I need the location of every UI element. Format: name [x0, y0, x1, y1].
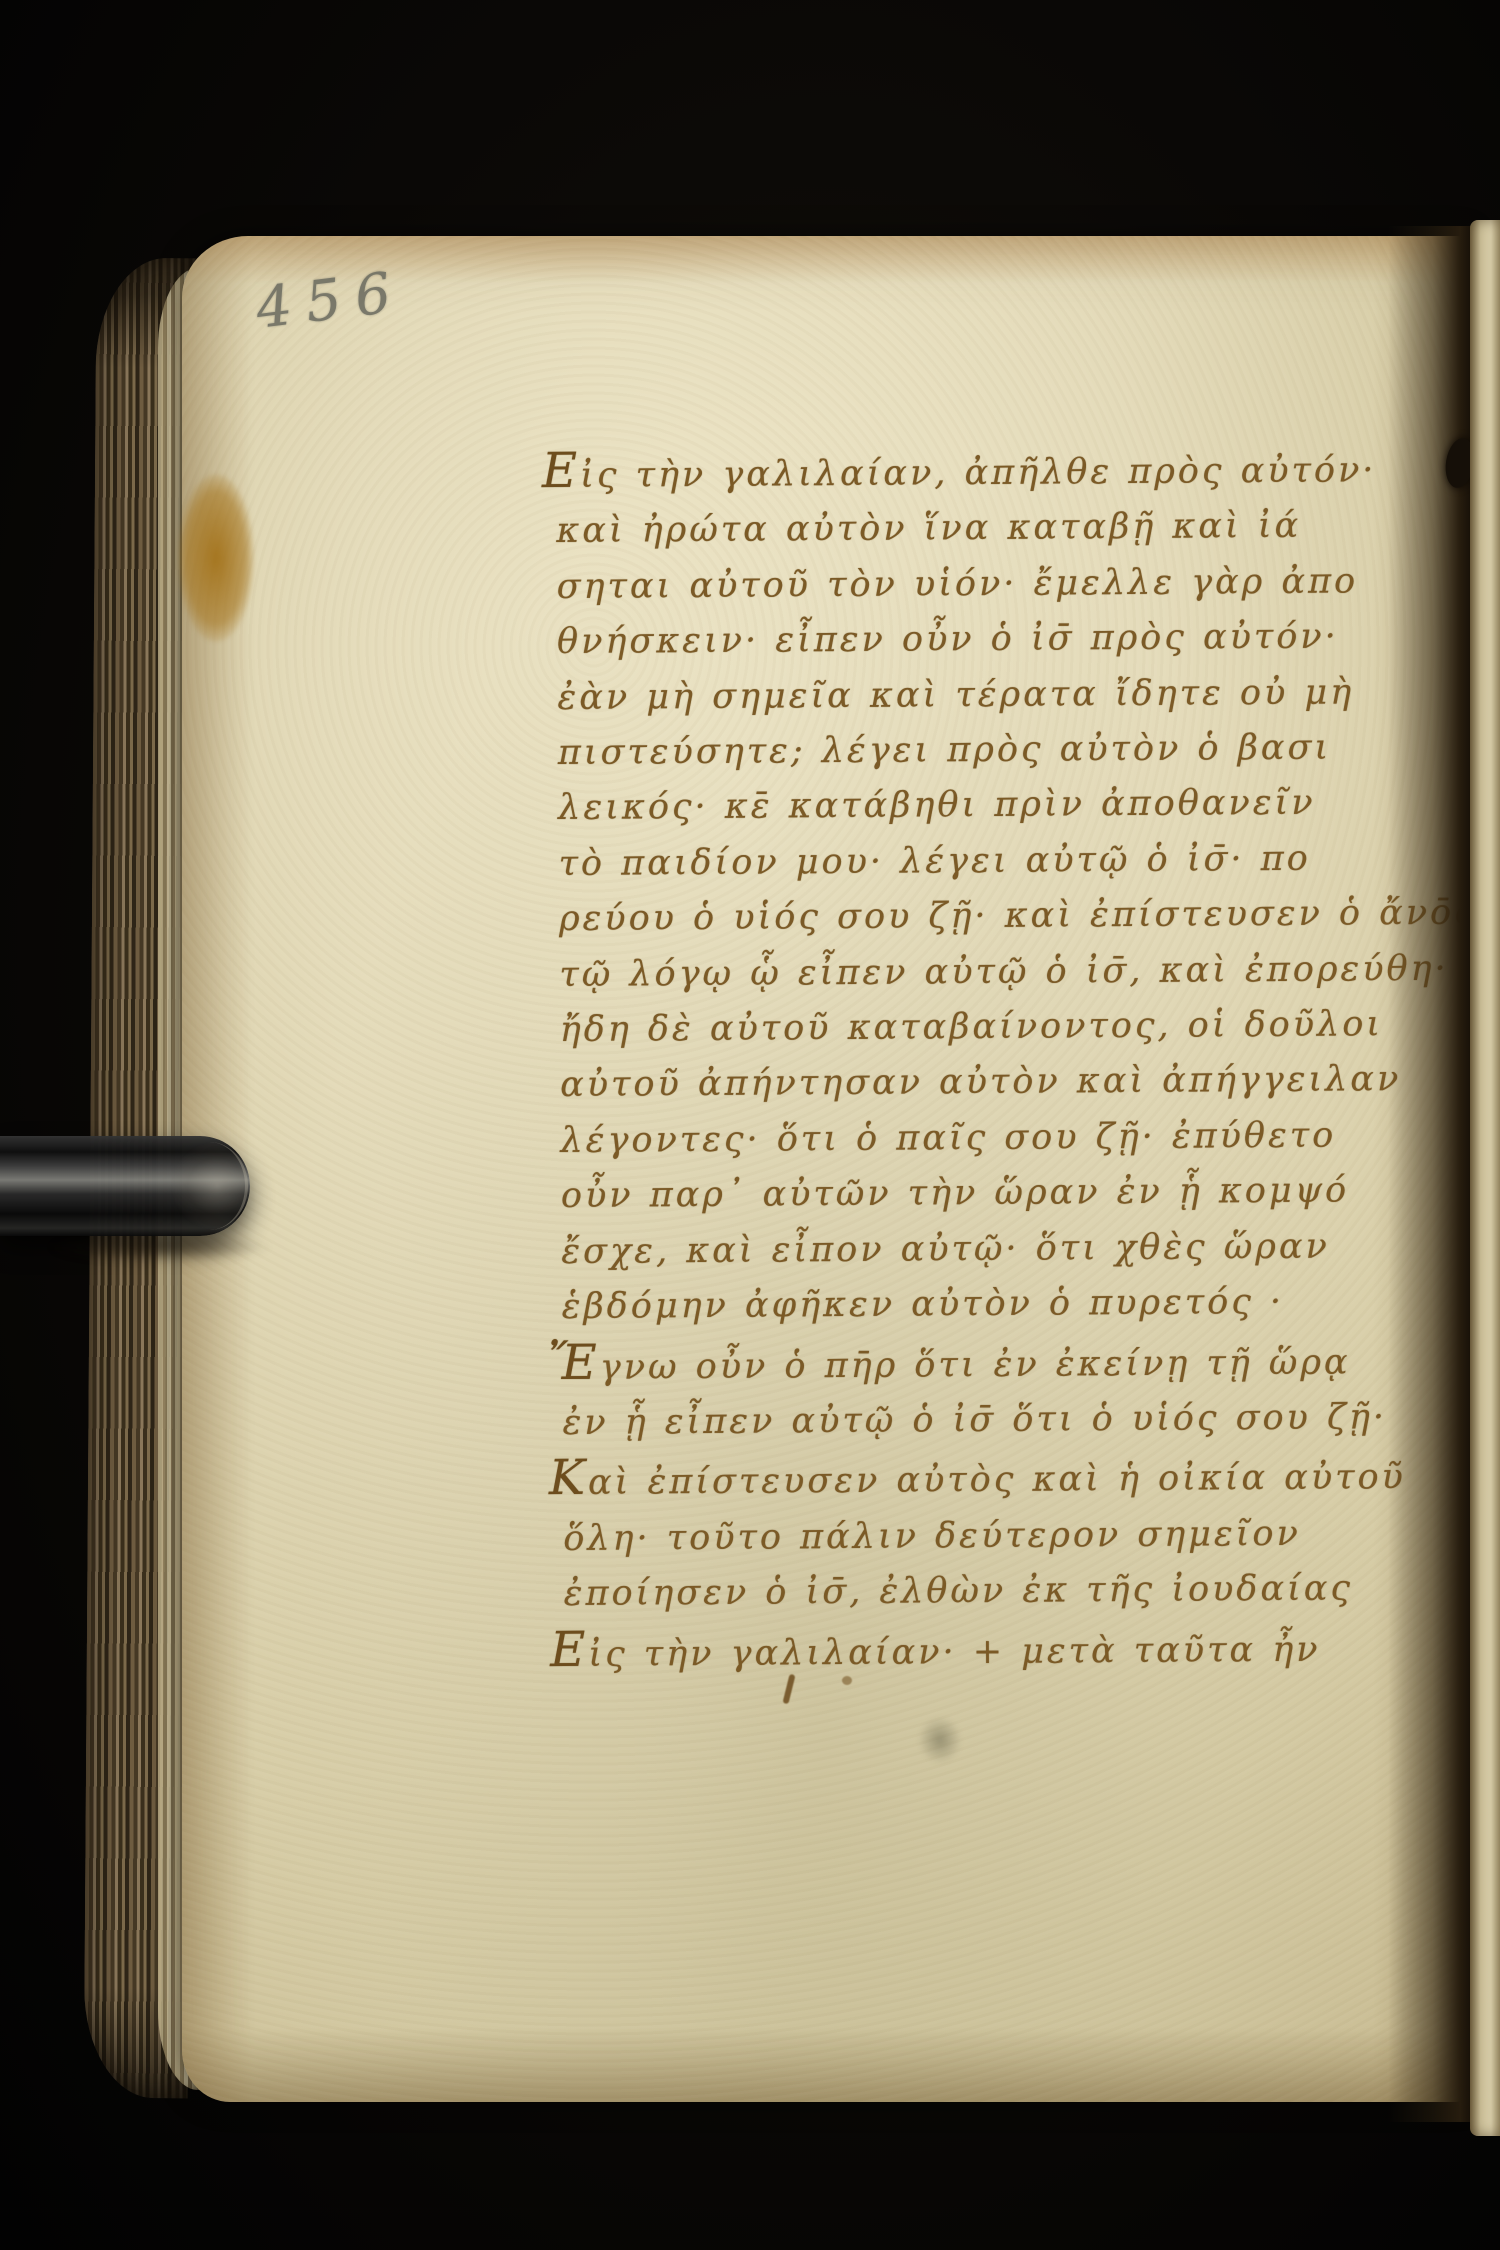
text-line: ἐποίησεν ὁ ἰσ̄, ἐλθὼν ἐκ τῆς ἰουδαίας	[564, 1561, 1424, 1622]
text-line: Ἔγνω οὖν ὁ πη̄ρ ὅτι ἐν ἐκείνῃ τῇ ὥρᾳ	[548, 1329, 1422, 1396]
text-line: αὐτοῦ ἀπήντησαν αὐτὸν καὶ ἀπήγγειλαν	[560, 1052, 1420, 1113]
manuscript-photograph: 456 Εἰς τὴν γαλιλαίαν, ἀπῆλθε πρὸς αὐτόν…	[0, 0, 1500, 2250]
text-line: ἐὰν μὴ σημεῖα καὶ τέρατα ἴδητε οὐ μὴ	[557, 665, 1417, 726]
text-line: ὅλη· τοῦτο πάλιν δεύτερον σημεῖον	[563, 1506, 1423, 1567]
smudge-mark	[918, 1716, 962, 1764]
text-line: θνήσκειν· εἶπεν οὖν ὁ ἰσ̄ πρὸς αὐτόν·	[557, 609, 1417, 670]
text-line: Εἰς τὴν γαλιλαίαν· + μετὰ ταῦτα ἦν	[550, 1617, 1424, 1684]
text-line: καὶ ἠρώτα αὐτὸν ἵνα καταβῇ καὶ ἰά	[556, 498, 1416, 559]
text-line: ρεύου ὁ υἱός σου ζῇ· καὶ ἐπίστευσεν ὁ ἄν…	[559, 886, 1419, 947]
manuscript-text-block: Εἰς τὴν γαλιλαίαν, ἀπῆλθε πρὸς αὐτόν·καὶ…	[556, 438, 1425, 1683]
text-line: ἤδη δὲ αὐτοῦ καταβαίνοντος, οἱ δοῦλοι	[560, 997, 1420, 1058]
text-line: λεικός· κε̄ κατάβηθι πρὶν ἀποθανεῖν	[558, 775, 1418, 836]
text-line: τὸ παιδίον μου· λέγει αὐτῷ ὁ ἰσ̄· πο	[558, 831, 1418, 892]
text-line: τῷ λόγῳ ᾧ εἶπεν αὐτῷ ὁ ἰσ̄, καὶ ἐπορεύθη…	[559, 942, 1419, 1003]
text-line: λέγοντες· ὅτι ὁ παῖς σου ζῇ· ἐπύθετο	[560, 1108, 1420, 1169]
text-line: πιστεύσητε; λέγει πρὸς αὐτὸν ὁ βασι	[558, 720, 1418, 781]
text-line: ἑβδόμην ἀφῆκεν αὐτὸν ὁ πυρετός ·	[562, 1274, 1422, 1335]
glass-rod-page-holder	[0, 1136, 250, 1236]
ink-dot	[842, 1676, 852, 1685]
glass-rod-tip	[171, 1142, 248, 1230]
ink-stain	[178, 474, 254, 642]
gutter-shadow	[1388, 226, 1474, 2122]
text-line: Εἰς τὴν γαλιλαίαν, ἀπῆλθε πρὸς αὐτόν·	[542, 438, 1416, 505]
text-line: ἔσχε, καὶ εἶπον αὐτῷ· ὅτι χθὲς ὥραν	[561, 1219, 1421, 1280]
facing-page-edge	[1470, 220, 1500, 2136]
text-line: σηται αὐτοῦ τὸν υἱόν· ἔμελλε γὰρ ἀπο	[556, 554, 1416, 615]
rod-shadow	[50, 1232, 270, 1262]
text-line: οὖν παρ᾽ αὐτῶν τὴν ὥραν ἐν ᾗ κομψό	[561, 1163, 1421, 1224]
text-line: Καὶ ἐπίστευσεν αὐτὸς καὶ ἡ οἰκία αὐτοῦ	[549, 1445, 1423, 1512]
text-line: ἐν ᾗ εἶπεν αὐτῷ ὁ ἰσ̄ ὅτι ὁ υἱός σου ζῇ·	[562, 1390, 1422, 1451]
